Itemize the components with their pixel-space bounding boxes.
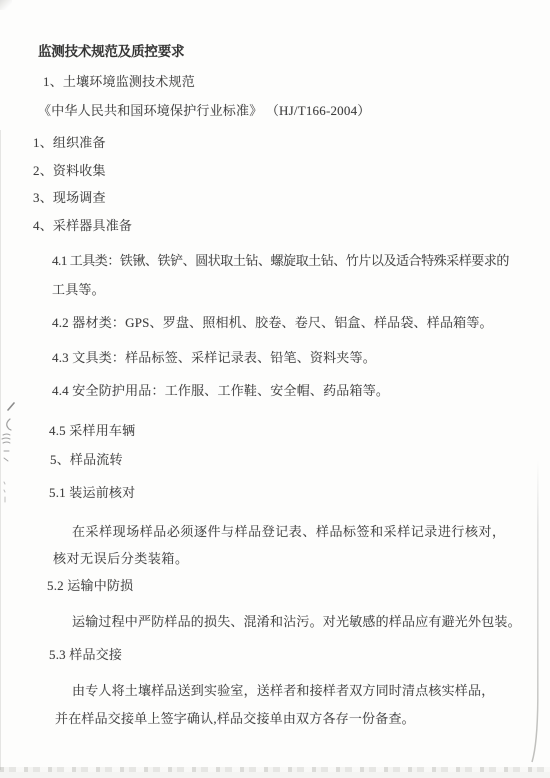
page-title: 监测技术规范及质控要求 (38, 44, 184, 60)
line-5-3-sample-handover: 5.3 样品交接 (49, 647, 122, 663)
list-item-1-organization: 1、组织准备 (33, 135, 106, 151)
line-4-5-sampling-vehicle: 4.5 采样用车辆 (49, 423, 135, 439)
margin-handwriting-marks (0, 398, 20, 508)
scan-right-edge-shadow (524, 0, 550, 778)
line-5-2-transport-protection: 5.2 运输中防损 (47, 578, 133, 594)
line-5-1-check-before-loading: 5.1 装运前核对 (49, 485, 135, 501)
scan-corner-shade (0, 0, 12, 10)
scan-bottom-margin (0, 772, 550, 778)
list-item-2-data-collection: 2、资料收集 (33, 163, 106, 179)
list-item-3-site-survey: 3、现场调查 (33, 190, 106, 206)
line-4-1-tools-continuation: 工具等。 (52, 282, 105, 298)
line-standard-reference: 《中华人民共和国环境保护行业标准》 （HJ/T166-2004） (38, 103, 370, 119)
para-5-3-line1: 由专人将土壤样品送到实验室，送样者和接样者双方同时清点核实样品， (72, 683, 494, 699)
para-5-2-line1: 运输过程中严防样品的损失、混淆和沾污。对光敏感的样品应有避光外包装。 (72, 614, 521, 630)
line-4-2-equipment: 4.2 器材类：GPS、罗盘、照相机、胶卷、卷尺、铝盒、样品袋、样品箱等。 (52, 315, 493, 331)
scan-left-edge-line (0, 130, 1, 770)
para-5-1-line1: 在采样现场样品必须逐件与样品登记表、样品标签和采样记录进行核对， (72, 524, 506, 540)
list-item-4-sampling-tools: 4、采样器具准备 (33, 218, 132, 234)
line-4-3-stationery: 4.3 文具类：样品标签、采样记录表、铅笔、资料夹等。 (52, 350, 376, 366)
line-4-4-safety-supplies: 4.4 安全防护用品：工作服、工作鞋、安全帽、药品箱等。 (52, 383, 389, 399)
line-soil-monitoring-spec: 1、土壤环境监测技术规范 (43, 74, 195, 90)
para-5-3-line2: 并在样品交接单上签字确认,样品交接单由双方各存一份备查。 (55, 711, 415, 727)
scanned-document-page: 监测技术规范及质控要求 1、土壤环境监测技术规范 《中华人民共和国环境保护行业标… (0, 0, 550, 778)
line-4-1-tools: 4.1 工具类：铁锹、铁铲、圆状取土钻、螺旋取土钻、竹片以及适合特殊采样要求的 (52, 253, 509, 269)
para-5-1-line2: 核对无误后分类装箱。 (53, 551, 189, 567)
list-item-5-sample-transfer: 5、样品流转 (50, 452, 123, 468)
